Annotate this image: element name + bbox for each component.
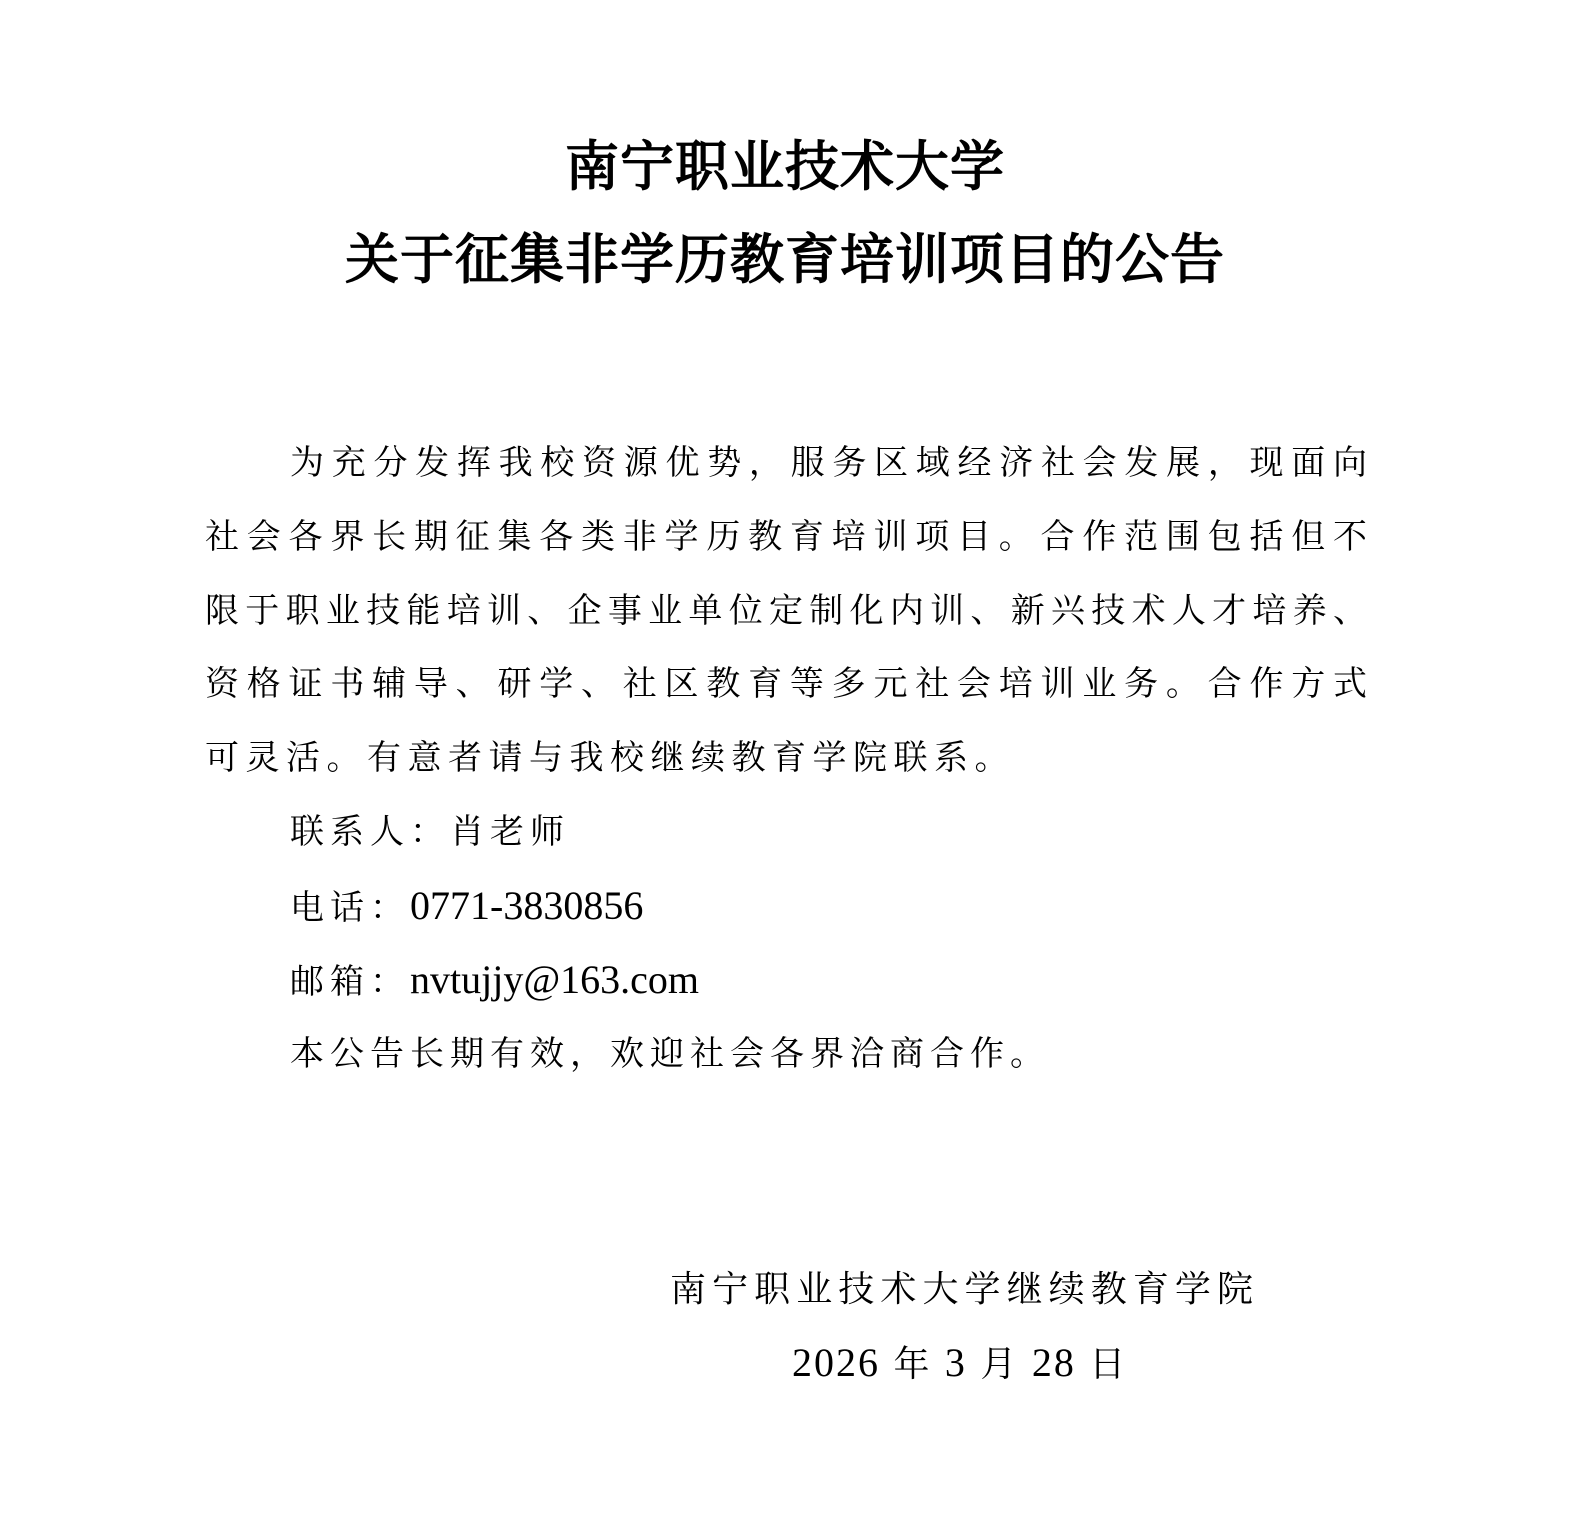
date-month-unit: 月 <box>980 1344 1018 1385</box>
title-announcement-subject: 关于征集非学历教育培训项目的公告 <box>0 227 1570 291</box>
contact-email: 邮箱：nvtujjy@163.com <box>290 958 699 1004</box>
contact-phone-value: 0771-3830856 <box>410 883 643 928</box>
date-month: 3 <box>945 1340 967 1385</box>
contact-person-value: 肖老师 <box>450 812 570 852</box>
body-line-2: 社会各界长期征集各类非学历教育培训项目。合作范围包括但不 <box>205 515 1367 559</box>
date-day-unit: 日 <box>1089 1344 1127 1385</box>
body-line-4: 资格证书辅导、研学、社区教育等多元社会培训业务。合作方式 <box>205 662 1367 706</box>
contact-email-value: nvtujjy@163.com <box>410 957 699 1002</box>
body-line-1: 为充分发挥我校资源优势，服务区域经济社会发展，现面向 <box>290 441 1367 485</box>
signature-organization: 南宁职业技术大学继续教育学院 <box>670 1267 1253 1313</box>
closing-statement: 本公告长期有效，欢迎社会各界洽商合作。 <box>290 1032 1050 1076</box>
contact-email-label: 邮箱： <box>290 962 410 1002</box>
announcement-page: 南宁职业技术大学 关于征集非学历教育培训项目的公告 为充分发挥我校资源优势，服务… <box>0 0 1587 1536</box>
contact-phone: 电话：0771-3830856 <box>290 884 643 930</box>
title-university-name: 南宁职业技术大学 <box>0 134 1570 198</box>
date-year: 2026 <box>792 1340 880 1385</box>
contact-person: 联系人：肖老师 <box>290 810 570 854</box>
contact-person-label: 联系人： <box>290 812 450 852</box>
signature-date: 2026 年 3 月 28 日 <box>792 1340 1127 1388</box>
date-day: 28 <box>1032 1340 1076 1385</box>
date-year-unit: 年 <box>893 1344 931 1385</box>
contact-phone-label: 电话： <box>290 888 410 928</box>
body-line-3: 限于职业技能培训、企事业单位定制化内训、新兴技术人才培养、 <box>205 589 1367 633</box>
body-line-5: 可灵活。有意者请与我校继续教育学院联系。 <box>205 736 1015 780</box>
